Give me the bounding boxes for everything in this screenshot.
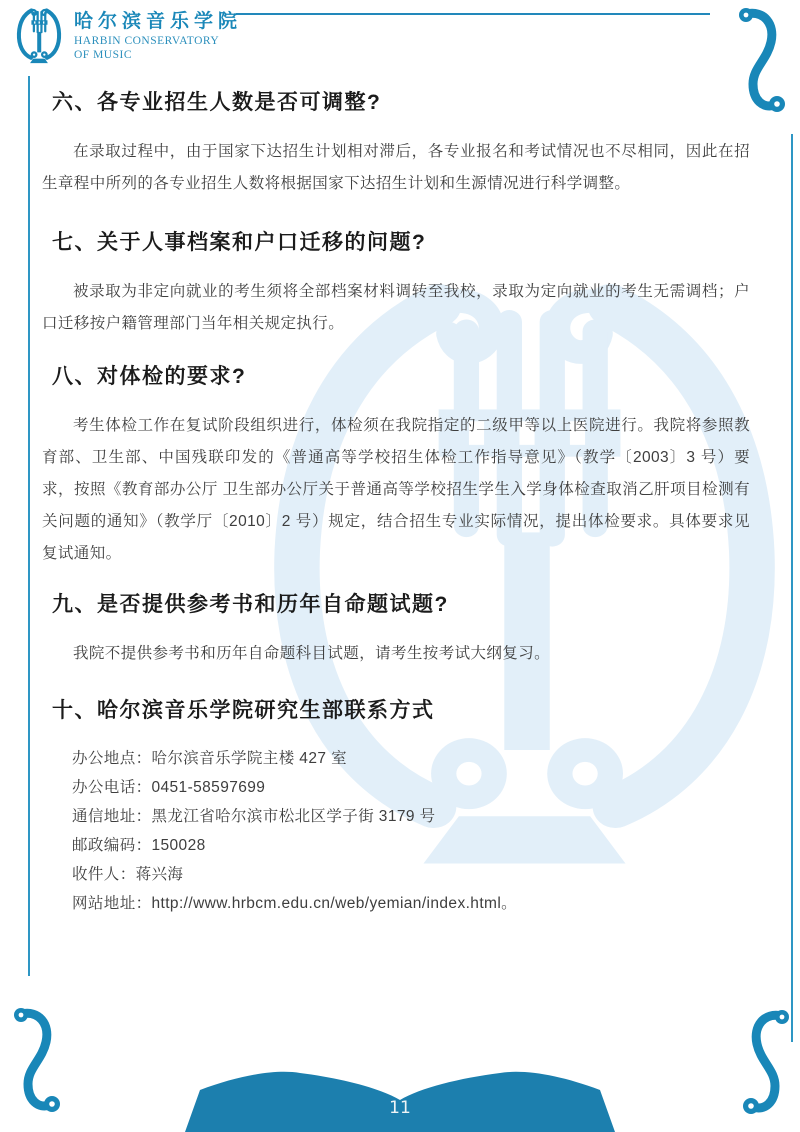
document-page: 哈尔滨音乐学院 HARBIN CONSERVATORY OF MUSIC 六、各… [0,0,800,1132]
section-10: 十、哈尔滨音乐学院研究生部联系方式 办公地点：哈尔滨音乐学院主楼 427 室 办… [42,696,750,918]
school-logo-lyre-icon [14,6,64,64]
contact-office-phone: 办公电话：0451-58597699 [72,773,750,802]
school-name-zh: 哈尔滨音乐学院 [74,10,242,34]
school-name-en-line2: OF MUSIC [74,48,242,62]
section-6-heading: 六、各专业招生人数是否可调整? [52,88,750,118]
page-number: 11 [0,1098,800,1118]
faq-content: 六、各专业招生人数是否可调整? 在录取过程中，由于国家下达招生计划相对滞后，各专… [42,88,750,918]
school-name-en-line1: HARBIN CONSERVATORY [74,34,242,48]
section-10-heading: 十、哈尔滨音乐学院研究生部联系方式 [52,696,750,726]
school-title-block: 哈尔滨音乐学院 HARBIN CONSERVATORY OF MUSIC [74,6,242,62]
left-margin-line [28,76,30,976]
contact-website-url: 网站地址：http://www.hrbcm.edu.cn/web/yemian/… [72,889,750,918]
section-7-heading: 七、关于人事档案和户口迁移的问题? [52,228,750,258]
page-header: 哈尔滨音乐学院 HARBIN CONSERVATORY OF MUSIC [14,6,242,64]
section-8-heading: 八、对体检的要求? [52,362,750,392]
section-9: 九、是否提供参考书和历年自命题试题? 我院不提供参考书和历年自命题科目试题，请考… [42,590,750,670]
section-7-paragraph: 被录取为非定向就业的考生须将全部档案材料调转至我校，录取为定向就业的考生无需调档… [42,276,750,340]
contact-office-location: 办公地点：哈尔滨音乐学院主楼 427 室 [72,744,750,773]
section-6-paragraph: 在录取过程中，由于国家下达招生计划相对滞后，各专业报名和考试情况也不尽相同，因此… [42,136,750,200]
contact-recipient: 收件人：蒋兴海 [72,860,750,889]
right-margin-line [791,134,793,1042]
section-9-heading: 九、是否提供参考书和历年自命题试题? [52,590,750,620]
section-7: 七、关于人事档案和户口迁移的问题? 被录取为非定向就业的考生须将全部档案材料调转… [42,228,750,340]
section-9-paragraph: 我院不提供参考书和历年自命题科目试题，请考生按考试大纲复习。 [42,638,750,670]
section-8: 八、对体检的要求? 考生体检工作在复试阶段组织进行，体检须在我院指定的二级甲等以… [42,362,750,570]
section-8-paragraph: 考生体检工作在复试阶段组织进行，体检须在我院指定的二级甲等以上医院进行。我院将参… [42,410,750,570]
header-divider-line [236,13,710,15]
contact-postal-code: 邮政编码：150028 [72,831,750,860]
contact-info-list: 办公地点：哈尔滨音乐学院主楼 427 室 办公电话：0451-58597699 … [72,744,750,918]
section-6: 六、各专业招生人数是否可调整? 在录取过程中，由于国家下达招生计划相对滞后，各专… [42,88,750,200]
contact-mailing-address: 通信地址：黑龙江省哈尔滨市松北区学子街 3179 号 [72,802,750,831]
